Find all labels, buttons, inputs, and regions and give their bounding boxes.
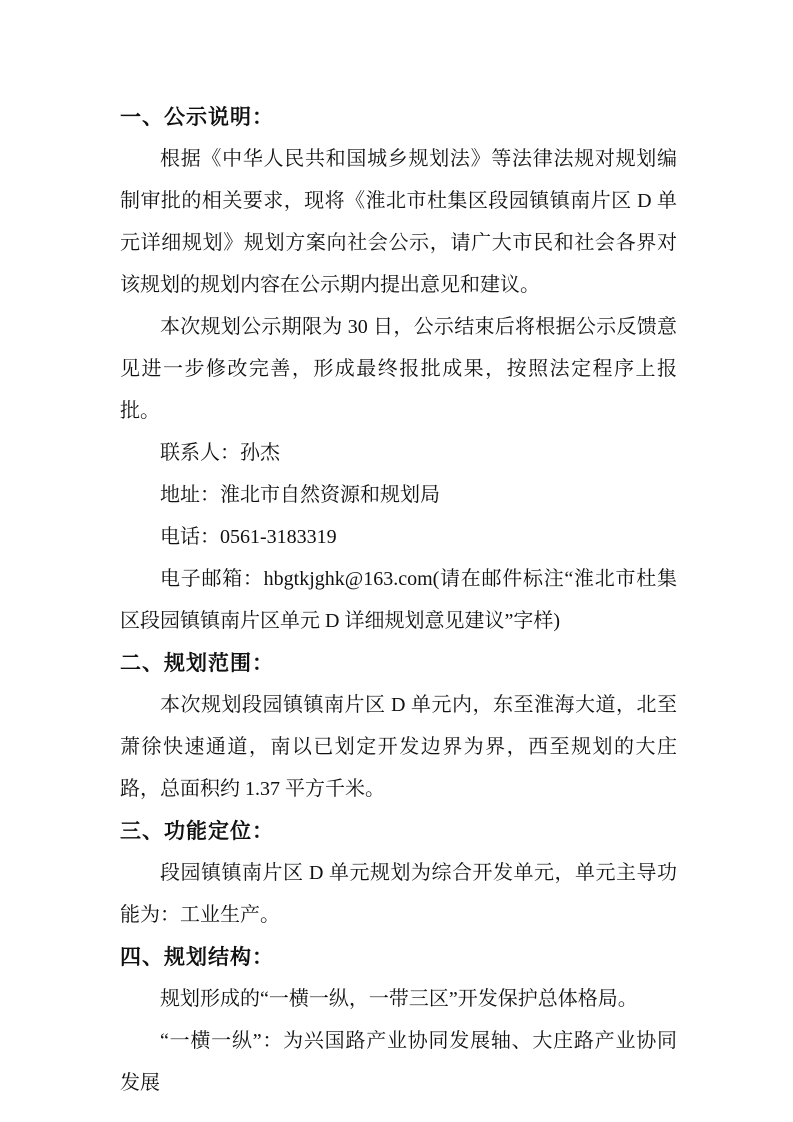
document-page: 一、公示说明： 根据《中华人民共和国城乡规划法》等法律法规对规划编制审批的相关要… <box>0 0 793 1122</box>
section-4-paragraph-axes: “一横一纵”：为兴国路产业协同发展轴、大庄路产业协同发展 <box>120 1020 677 1104</box>
contact-address-line: 地址：淮北市自然资源和规划局 <box>120 474 677 516</box>
section-4-heading: 四、规划结构： <box>120 936 677 978</box>
section-3-heading: 三、功能定位： <box>120 810 677 852</box>
section-3-paragraph-function: 段园镇镇南片区 D 单元规划为综合开发单元，单元主导功能为：工业生产。 <box>120 852 677 936</box>
contact-email-line: 电子邮箱：hbgtkjghk@163.com(请在邮件标注“淮北市杜集区段园镇镇… <box>120 558 677 642</box>
contact-phone-line: 电话：0561-3183319 <box>120 516 677 558</box>
section-1-paragraph-intro: 根据《中华人民共和国城乡规划法》等法律法规对规划编制审批的相关要求，现将《淮北市… <box>120 138 677 306</box>
section-4-paragraph-structure: 规划形成的“一横一纵，一带三区”开发保护总体格局。 <box>120 978 677 1020</box>
section-2-heading: 二、规划范围： <box>120 642 677 684</box>
contact-person-line: 联系人：孙杰 <box>120 432 677 474</box>
section-1-paragraph-period: 本次规划公示期限为 30 日，公示结束后将根据公示反馈意见进一步修改完善，形成最… <box>120 306 677 432</box>
section-2-paragraph-scope: 本次规划段园镇镇南片区 D 单元内，东至淮海大道，北至萧徐快速通道，南以已划定开… <box>120 684 677 810</box>
section-1-heading: 一、公示说明： <box>120 96 677 138</box>
